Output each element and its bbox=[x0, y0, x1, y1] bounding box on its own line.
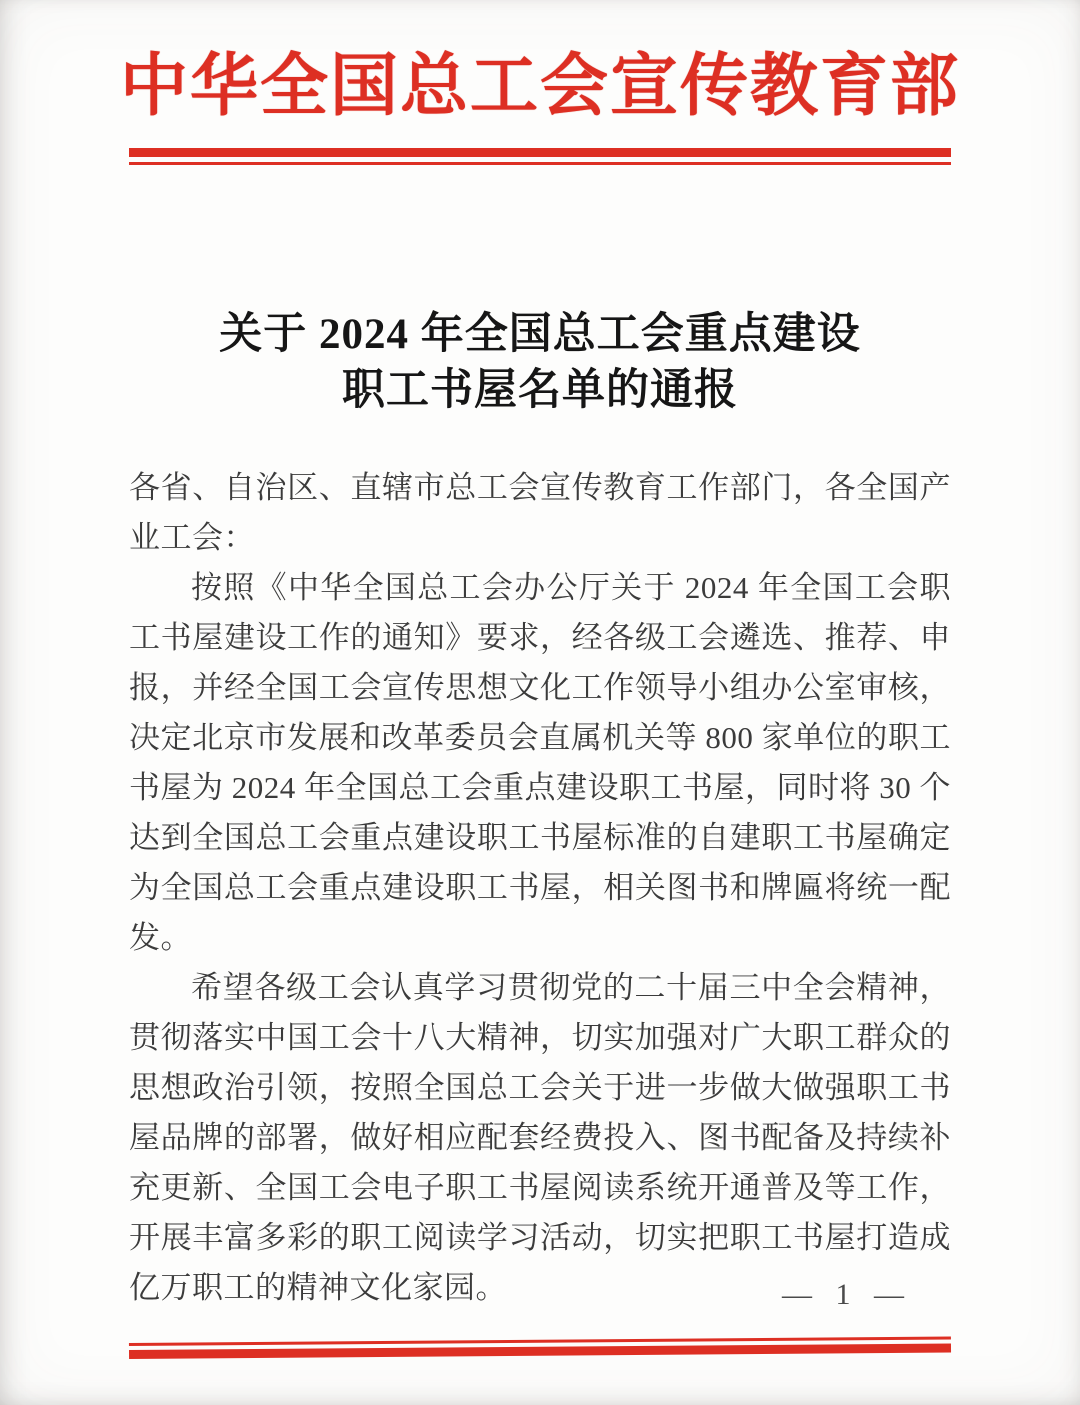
page-number: — 1 — bbox=[782, 1278, 912, 1312]
document-title-line-2: 职工书屋名单的通报 bbox=[342, 367, 738, 414]
document-body: 各省、自治区、直辖市总工会宣传教育工作部门，各全国产业工会： 按照《中华全国总工… bbox=[129, 463, 951, 1313]
footer-divider-thick-line bbox=[129, 1344, 951, 1359]
document-page: 中华全国总工会宣传教育部 关于 2024 年全国总工会重点建设 职工书屋名单的通… bbox=[0, 0, 1080, 1405]
header-divider-thin-line bbox=[129, 162, 951, 165]
document-title-line-1: 关于 2024 年全国总工会重点建设 bbox=[219, 311, 861, 358]
salutation: 各省、自治区、直辖市总工会宣传教育工作部门，各全国产业工会： bbox=[129, 463, 951, 563]
header-divider bbox=[129, 148, 951, 165]
paragraph-1: 按照《中华全国总工会办公厅关于 2024 年全国工会职工书屋建设工作的通知》要求… bbox=[129, 563, 951, 963]
footer-divider bbox=[129, 1337, 951, 1359]
document-content: 关于 2024 年全国总工会重点建设 职工书屋名单的通报 各省、自治区、直辖市总… bbox=[0, 307, 1080, 1313]
document-title: 关于 2024 年全国总工会重点建设 职工书屋名单的通报 bbox=[0, 307, 1080, 419]
header-divider-thick-line bbox=[129, 148, 951, 157]
letterhead: 中华全国总工会宣传教育部 bbox=[0, 0, 1080, 165]
paragraph-2: 希望各级工会认真学习贯彻党的二十届三中全会精神，贯彻落实中国工会十八大精神，切实… bbox=[129, 963, 951, 1313]
letterhead-org-name: 中华全国总工会宣传教育部 bbox=[0, 0, 1080, 126]
